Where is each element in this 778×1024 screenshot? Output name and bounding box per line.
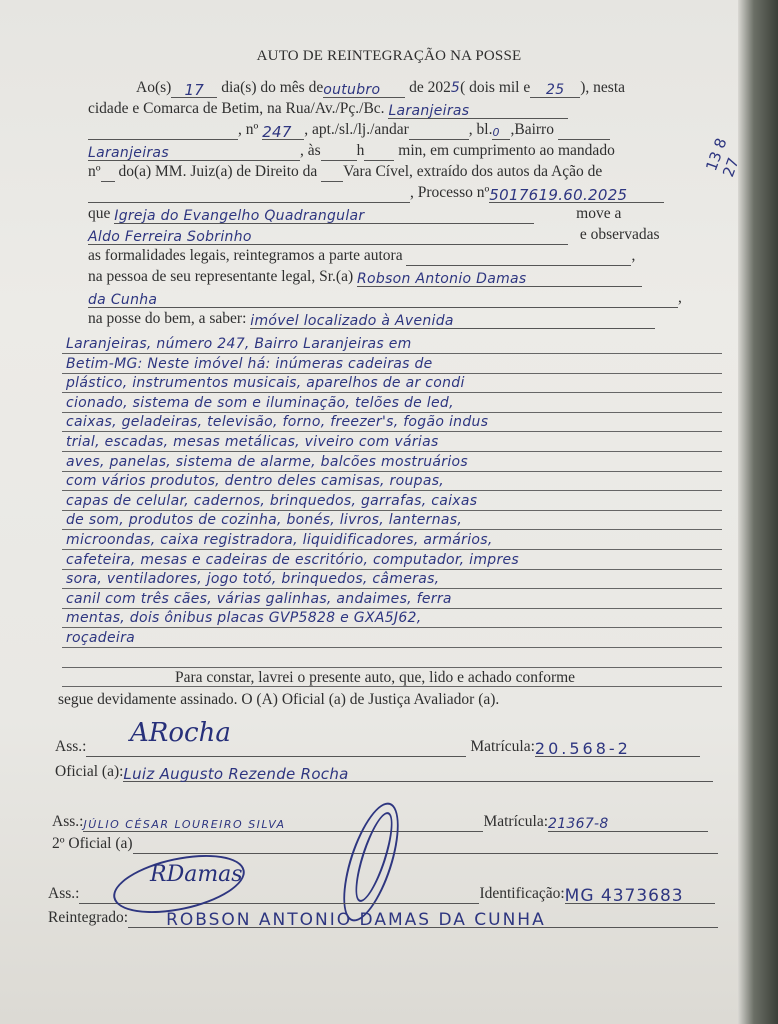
year-words-label: ( dois mil e [460, 79, 530, 96]
reintegrado-name-field: ROBSON ANTONIO DAMAS DA CUNHA [128, 910, 718, 928]
year-words-field: 25 [530, 80, 580, 98]
nesta-label: ), nesta [580, 79, 625, 96]
oficial-label: Oficial (a): [55, 763, 123, 780]
bem-line-16: roçadeira [66, 630, 135, 646]
vara-label: Vara Cível, extraído dos autos da Ação d… [343, 163, 602, 180]
bem-line-8: com vários produtos, dentro deles camisa… [66, 473, 444, 489]
minute-field [364, 143, 394, 161]
opening-line-4: Laranjeiras, àsh min, em cumprimento ao … [88, 141, 698, 161]
closing-line-1: Para constar, lavrei o presente auto, qu… [175, 668, 698, 688]
ao-label: Ao(s) [136, 79, 171, 96]
oficial2-label: 2º Oficial (a) [52, 835, 133, 852]
oficial2-name-field [133, 836, 718, 854]
oficial2-ass-value: JÚLIO CÉSAR LOUREIRO SILVA [83, 818, 285, 831]
pessoa-label: na pessoa de seu representante legal, Sr… [88, 268, 353, 285]
day-value: 17 [184, 81, 204, 99]
oficial1-signature: ARocha [130, 718, 231, 748]
document-page: AUTO DE REINTEGRAÇÃO NA POSSE 13 8 27 Ao… [0, 0, 748, 1024]
oficial1-name-value: Luiz Augusto Rezende Rocha [123, 765, 348, 783]
opening-line-1: Ao(s)17 dia(s) do mês deoutubro de 2025(… [136, 78, 698, 98]
para-constar-text: Para constar, lavrei o presente auto, qu… [175, 669, 575, 686]
numero-label: , nº [238, 121, 258, 138]
month-value: outubro [323, 82, 380, 98]
oficial2-matricula-field: 21367-8 [548, 814, 708, 832]
bem-line-12: cafeteira, mesas e cadeiras de escritóri… [66, 552, 519, 568]
opening-line-10: na pessoa de seu representante legal, Sr… [88, 267, 698, 287]
street-continued-field [88, 122, 238, 140]
bem-line-11: microondas, caixa registradora, liquidif… [66, 532, 493, 548]
bairro-value: Laranjeiras [88, 145, 169, 161]
cidade-label: cidade e Comarca de Betim, na Rua/Av./Pç… [88, 100, 385, 117]
day-field: 17 [171, 80, 217, 98]
apt-label: , apt./sl./lj./andar [304, 121, 409, 138]
bem-line-13: sora, ventiladores, jogo totó, brinquedo… [66, 571, 439, 587]
representante-field: Robson Antonio Damas [357, 269, 642, 287]
parte-autora-field [406, 248, 631, 266]
mandado-number-field [101, 164, 115, 182]
representante-value-1: Robson Antonio Damas [357, 271, 527, 287]
bem-line-9: capas de celular, cadernos, brinquedos, … [66, 493, 477, 509]
bem-line-14: canil com três cães, várias galinhas, an… [66, 591, 452, 607]
vara-number-field [321, 164, 343, 182]
bem-line-1: Laranjeiras, número 247, Bairro Laranjei… [66, 336, 412, 352]
street-value: Laranjeiras [388, 103, 469, 119]
closing-line-2: segue devidamente assinado. O (A) Oficia… [58, 690, 698, 710]
bem-field-0: imóvel localizado à Avenida [250, 311, 655, 329]
oficial1-name-line: Oficial (a):Luiz Augusto Rezende Rocha [55, 762, 698, 782]
matricula-label-1: Matrícula: [470, 738, 535, 755]
processo-label: , Processo nº [410, 184, 489, 201]
autora-field: Igreja do Evangelho Quadrangular [114, 206, 534, 224]
street-field: Laranjeiras [388, 101, 568, 119]
oficial1-matricula-value: 20.568-2 [535, 739, 631, 758]
year-digit: 5 [451, 80, 460, 96]
bl-field: 0 [492, 122, 510, 140]
h-label: h [357, 142, 365, 159]
as-label: , às [300, 142, 321, 159]
identificacao-value: MG 4373683 [565, 886, 684, 906]
bem-line-5: caixas, geladeiras, televisão, forno, fr… [66, 414, 488, 430]
representante-value-2: da Cunha [88, 292, 157, 308]
month-field: outubro [323, 80, 405, 98]
identificacao-field: MG 4373683 [565, 886, 715, 904]
formalidades-label: as formalidades legais, reintegramos a p… [88, 247, 403, 264]
bem-line-2: Betim-MG: Neste imóvel há: inúmeras cade… [66, 356, 433, 372]
opening-line-7: que Igreja do Evangelho Quadrangular mov… [88, 204, 698, 224]
que-label: que [88, 205, 110, 222]
opening-line-3: , nº 247, apt./sl./lj./andar, bl.0,Bairr… [88, 120, 698, 140]
bem-line-3: plástico, instrumentos musicais, aparelh… [66, 375, 465, 391]
ass-label-1: Ass.: [55, 738, 86, 755]
year-words-value: 25 [546, 82, 564, 98]
day-label: dia(s) do mês de [221, 79, 323, 96]
opening-line-11: da Cunha, [88, 288, 698, 308]
bl-label: , bl. [469, 121, 493, 138]
background-edge [738, 0, 778, 1024]
opening-line-9: as formalidades legais, reintegramos a p… [88, 246, 698, 266]
min-label: min, em cumprimento ao mandado [398, 142, 615, 159]
bem-line-15: mentas, dois ônibus placas GVP5828 e GXA… [66, 610, 422, 626]
opening-line-2: cidade e Comarca de Betim, na Rua/Av./Pç… [88, 99, 698, 119]
acao-field [88, 185, 410, 203]
observadas-label: e observadas [580, 226, 660, 243]
bem-line-10: de som, produtos de cozinha, bonés, livr… [66, 512, 462, 528]
bem-line-4: cionado, sistema de som e iluminação, te… [66, 395, 454, 411]
bem-line-0: imóvel localizado à Avenida [250, 313, 454, 329]
bairro-blank [558, 122, 610, 140]
autora-value: Igreja do Evangelho Quadrangular [114, 208, 364, 224]
n-label: nº [88, 163, 101, 180]
re-field: Aldo Ferreira Sobrinho [88, 227, 568, 245]
juiz-label: do(a) MM. Juiz(a) de Direito da [118, 163, 317, 180]
identificacao-label: Identificação: [479, 885, 564, 902]
bem-line-6: trial, escadas, mesas metálicas, viveiro… [66, 434, 439, 450]
ass-label-2: Ass.: [52, 813, 83, 830]
posse-label: na posse do bem, a saber: [88, 310, 246, 327]
year-label: de 202 [409, 79, 451, 96]
margin-annotation-sep: 8 [710, 136, 730, 151]
move-label: move a [576, 205, 621, 222]
document-title: AUTO DE REINTEGRAÇÃO NA POSSE [0, 48, 778, 65]
oficial1-name-field: Luiz Augusto Rezende Rocha [123, 764, 713, 782]
processo-field: 5017619.60.2025 [489, 185, 664, 203]
segue-text: segue devidamente assinado. O (A) Oficia… [58, 691, 499, 708]
reintegrado-signature: RDamas [150, 862, 243, 887]
numero-value: 247 [262, 123, 292, 141]
representante-field-2: da Cunha [88, 290, 678, 308]
opening-line-5: nº do(a) MM. Juiz(a) de Direito da Vara … [88, 162, 698, 182]
bl-value: 0 [492, 126, 499, 139]
reintegrado-name-line: Reintegrado:ROBSON ANTONIO DAMAS DA CUNH… [48, 908, 698, 928]
bem-line-7: aves, panelas, sistema de alarme, balcõe… [66, 454, 468, 470]
reintegrado-name-value: ROBSON ANTONIO DAMAS DA CUNHA [128, 910, 546, 930]
processo-value: 5017619.60.2025 [489, 186, 627, 204]
apt-field [409, 122, 469, 140]
bairro-label: ,Bairro [510, 121, 553, 138]
numero-field: 247 [262, 122, 304, 140]
opening-line-6: , Processo nº5017619.60.2025 [88, 183, 698, 203]
bairro-field: Laranjeiras [88, 143, 300, 161]
oficial2-matricula-value: 21367-8 [548, 816, 609, 832]
ass-label-3: Ass.: [48, 885, 79, 902]
re-value: Aldo Ferreira Sobrinho [88, 229, 252, 245]
reintegrado-label: Reintegrado: [48, 909, 128, 926]
oficial2-signature-field: JÚLIO CÉSAR LOUREIRO SILVA [83, 814, 483, 832]
hour-field [321, 143, 357, 161]
oficial1-matricula-field: 20.568-2 [535, 739, 700, 757]
matricula-label-2: Matrícula: [483, 813, 548, 830]
posse-line: na posse do bem, a saber: imóvel localiz… [88, 309, 698, 329]
opening-line-8: Aldo Ferreira Sobrinho e observadas [88, 225, 698, 245]
